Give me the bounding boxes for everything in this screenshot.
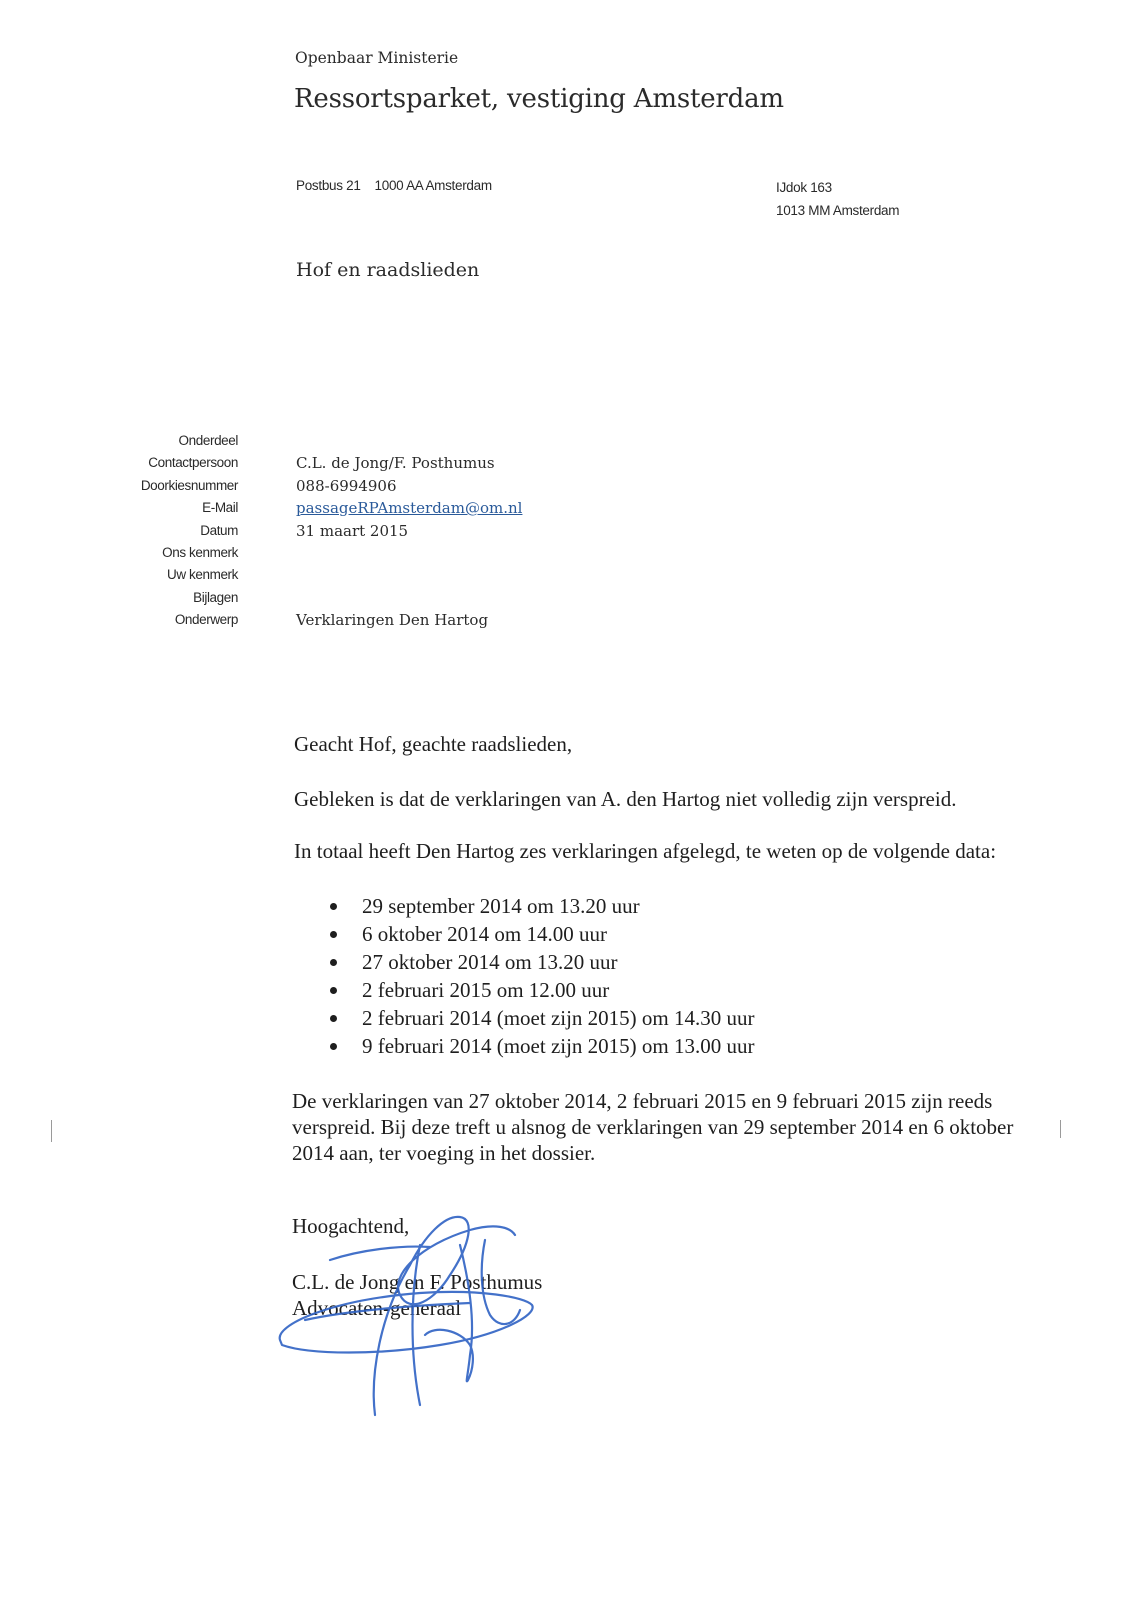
label-uw-kenmerk: Uw kenmerk xyxy=(167,567,238,582)
subject-value: Verklaringen Den Hartog xyxy=(296,611,488,629)
bullet-icon xyxy=(330,903,337,910)
bullet-icon xyxy=(330,1043,337,1050)
label-onderdeel: Onderdeel xyxy=(179,433,238,448)
bullet-icon xyxy=(330,987,337,994)
visit-postal-city: 1013 MM Amsterdam xyxy=(776,203,899,218)
label-datum: Datum xyxy=(200,523,238,538)
label-bijlagen: Bijlagen xyxy=(193,590,238,605)
handwritten-signature xyxy=(270,1205,560,1435)
paragraph-1: Gebleken is dat de verklaringen van A. d… xyxy=(294,786,956,812)
office-name: Ressortsparket, vestiging Amsterdam xyxy=(294,84,784,114)
contact-person: C.L. de Jong/F. Posthumus xyxy=(296,454,495,472)
list-item: 9 februari 2014 (moet zijn 2015) om 13.0… xyxy=(294,1032,755,1060)
list-item: 29 september 2014 om 13.20 uur xyxy=(294,892,755,920)
postal-box: Postbus 21 xyxy=(296,178,361,193)
label-email: E-Mail xyxy=(202,500,238,515)
phone-number: 088-6994906 xyxy=(296,477,397,495)
list-item: 2 februari 2015 om 12.00 uur xyxy=(294,976,755,1004)
paragraph-3: De verklaringen van 27 oktober 2014, 2 f… xyxy=(292,1088,1052,1166)
visit-street: IJdok 163 xyxy=(776,180,832,195)
postal-address: Postbus 211000 AA Amsterdam xyxy=(296,178,492,193)
bullet-icon xyxy=(330,931,337,938)
list-item: 2 februari 2014 (moet zijn 2015) om 14.3… xyxy=(294,1004,755,1032)
bullet-icon xyxy=(330,959,337,966)
paragraph-2: In totaal heeft Den Hartog zes verklarin… xyxy=(294,838,1034,864)
label-onderwerp: Onderwerp xyxy=(175,612,238,627)
list-item: 27 oktober 2014 om 13.20 uur xyxy=(294,948,755,976)
email-value: passageRPAmsterdam@om.nl xyxy=(296,499,522,517)
bullet-icon xyxy=(330,1015,337,1022)
email-link[interactable]: passageRPAmsterdam@om.nl xyxy=(296,499,522,517)
label-doorkiesnummer: Doorkiesnummer xyxy=(141,478,238,493)
salutation: Geacht Hof, geachte raadslieden, xyxy=(294,731,572,757)
scan-margin-mark-left xyxy=(51,1120,52,1142)
label-ons-kenmerk: Ons kenmerk xyxy=(162,545,238,560)
postal-code-city: 1000 AA Amsterdam xyxy=(375,178,492,193)
organization-name: Openbaar Ministerie xyxy=(295,49,458,67)
label-contactpersoon: Contactpersoon xyxy=(148,455,238,470)
statement-dates-list: 29 september 2014 om 13.20 uur 6 oktober… xyxy=(294,892,755,1060)
scan-margin-mark-right xyxy=(1060,1120,1061,1138)
recipient: Hof en raadslieden xyxy=(296,259,479,281)
date-value: 31 maart 2015 xyxy=(296,522,408,540)
list-item: 6 oktober 2014 om 14.00 uur xyxy=(294,920,755,948)
